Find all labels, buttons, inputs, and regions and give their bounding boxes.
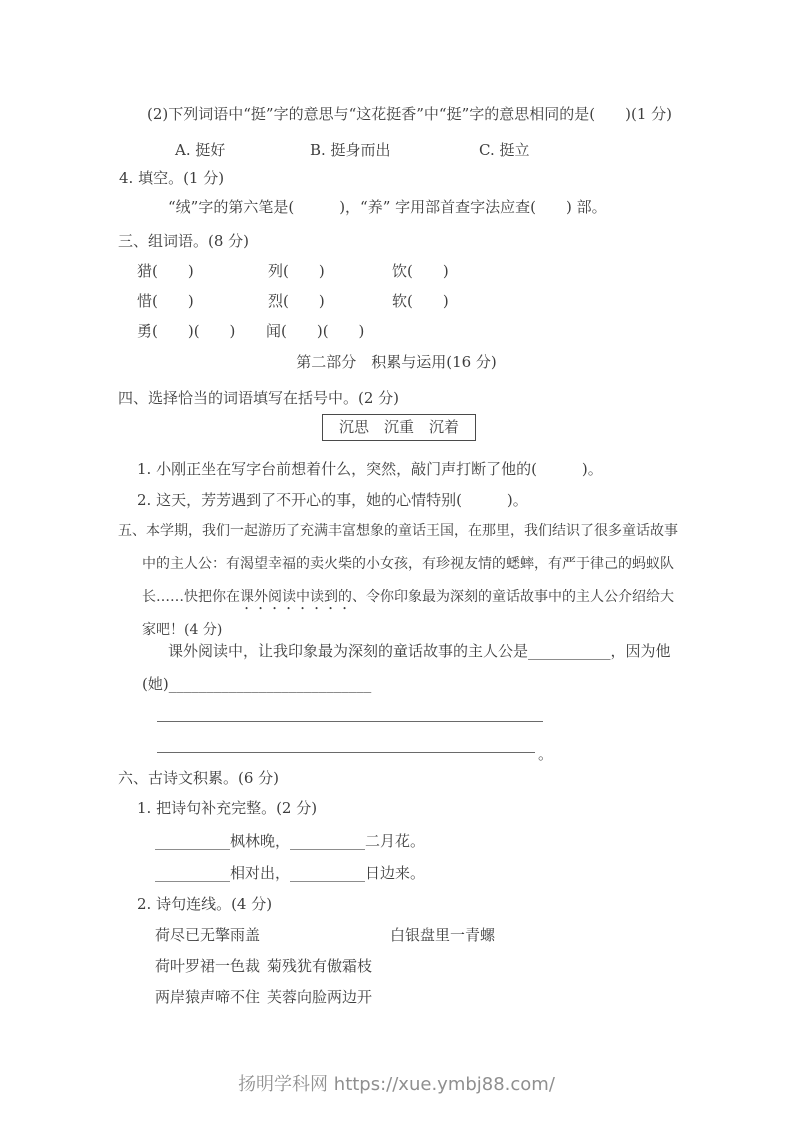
answer-rule-line <box>157 709 543 722</box>
section3-title: 三、组词语。(8 分) <box>118 231 249 251</box>
answer-line-period: 。 <box>538 744 553 764</box>
section4-sentence-2: 2. 这天，芳芳遇到了不开心的事，她的心情特别( )。 <box>137 490 528 510</box>
section6-sub1: 1. 把诗句补充完整。(2 分) <box>137 798 317 818</box>
section5-line2: 中的主人公：有渴望幸福的卖火柴的小女孩，有珍视友情的蟋蟀，有严于律己的蚂蚁队 <box>142 554 674 574</box>
section5-line3-post: 、令你印象最为深刻的童话故事中的主人公介绍给大 <box>352 589 674 605</box>
q2-option-b: B. 挺身而出 <box>310 140 391 160</box>
answer-rule-line <box>157 740 535 753</box>
q2-option-c: C. 挺立 <box>479 140 529 160</box>
section5-answer-line1: 课外阅读中，让我印象最为深刻的童话故事的主人公是___________，因为他 <box>168 641 671 661</box>
section5-line1: 五、本学期，我们一起游历了充满丰富想象的童话王国，在那里，我们结识了很多童话故事 <box>118 521 678 541</box>
word-blank: 惜( ) <box>137 291 194 311</box>
poem-fill-line2: __________相对出，__________日边来。 <box>155 863 425 883</box>
section5-line3-pre: 长……快把你在 <box>142 589 240 605</box>
section5-line3-emphasized: 课外阅读中读到的 <box>240 589 352 605</box>
exam-paper-page: (2)下列词语中“挺”字的意思与“这花挺香”中“挺”字的意思相同的是( )(1 … <box>0 0 793 1122</box>
q2-option-a: A. 挺好 <box>175 140 225 160</box>
section4-sentence-1: 1. 小刚正坐在写字台前想着什么，突然，敲门声打断了他的( )。 <box>137 459 603 479</box>
word-blank: 软( ) <box>392 291 449 311</box>
word-blank: 烈( ) <box>268 291 325 311</box>
match-row1-right: 白银盘里一青螺 <box>390 925 495 945</box>
poem-fill-line1: __________枫林晚，__________二月花。 <box>155 831 425 851</box>
word-blank: 闻( )( ) <box>266 321 364 341</box>
match-row3-right: 芙蓉向脸两边开 <box>267 987 372 1007</box>
q4-title: 4. 填空。(1 分) <box>119 168 224 188</box>
word-blank: 饮( ) <box>392 261 449 281</box>
word-blank: 勇( )( ) <box>137 321 235 341</box>
section5-line4: 家吧！(4 分) <box>142 620 222 640</box>
match-row1-left: 荷尽已无擎雨盖 <box>155 925 260 945</box>
word-blank: 猎( ) <box>137 261 194 281</box>
section5-line3: 长……快把你在课外阅读中读到的、令你印象最为深刻的童话故事中的主人公介绍给大 <box>142 587 674 613</box>
site-watermark: 扬明学科网 https://xue.ymbj88.com/ <box>0 1070 793 1096</box>
q4-line: “绒”字的第六笔是( )，“养” 字用部首查字法应查( ) 部。 <box>168 197 607 217</box>
q2-stem: (2)下列词语中“挺”字的意思与“这花挺香”中“挺”字的意思相同的是( )(1 … <box>147 104 672 124</box>
word-blank: 列( ) <box>268 261 325 281</box>
section4-title: 四、选择恰当的词语填写在括号中。(2 分) <box>118 388 399 408</box>
word-choice-box: 沉思 沉重 沉着 <box>322 414 476 441</box>
section5-answer-line2: (她)___________________________ <box>142 674 371 694</box>
section6-title: 六、古诗文积累。(6 分) <box>118 768 279 788</box>
section6-sub2: 2. 诗句连线。(4 分) <box>137 894 272 914</box>
match-row2-left: 荷叶罗裙一色裁 <box>155 956 260 976</box>
match-row2-right: 菊残犹有傲霜枝 <box>267 956 372 976</box>
part2-header: 第二部分 积累与运用(16 分) <box>0 352 793 372</box>
match-row3-left: 两岸猿声啼不住 <box>155 987 260 1007</box>
